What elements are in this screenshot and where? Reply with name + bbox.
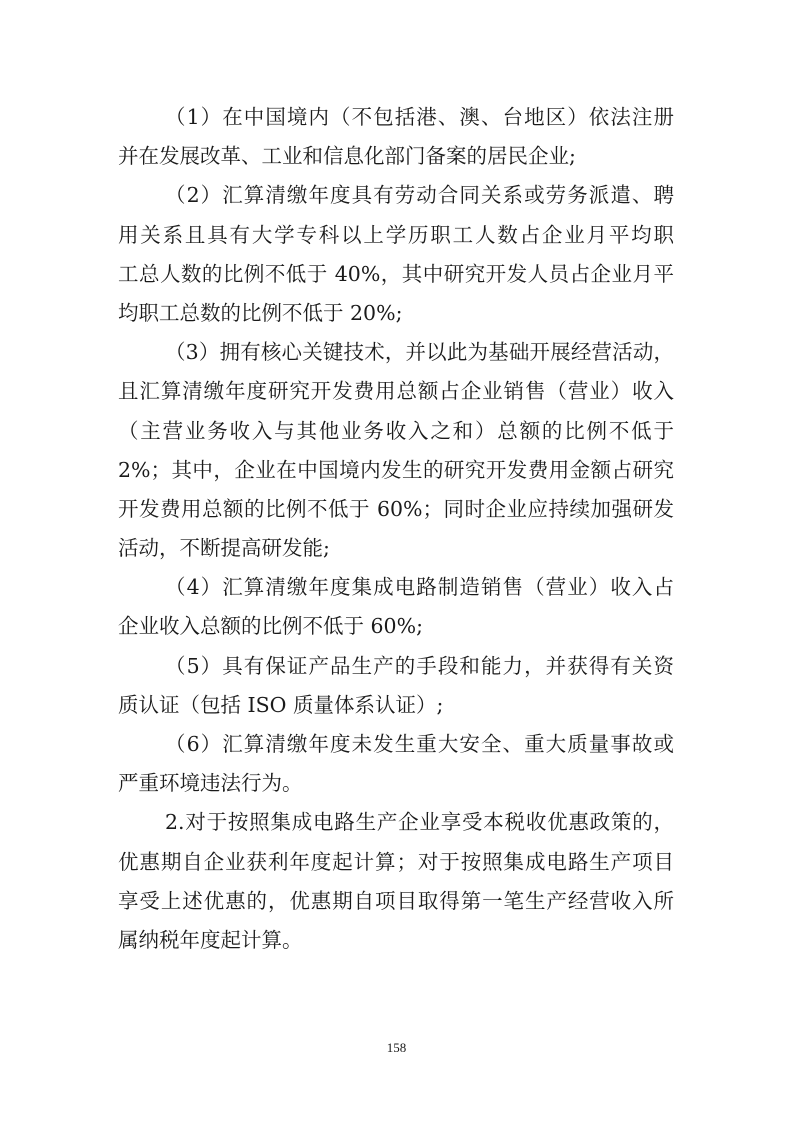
paragraph-item-6-line-2: 严重环境违法行为。 (118, 764, 674, 803)
document-body: （1）在中国境内（不包括港、澳、台地区）依法注册 并在发展改革、工业和信息化部门… (118, 98, 674, 960)
paragraph-section-2-line-1: 2.对于按照集成电路生产企业享受本税收优惠政策的， (118, 803, 674, 842)
paragraph-section-2-line-4: 属纳税年度起计算。 (118, 921, 674, 960)
paragraph-item-3-line-4: 2%；其中，企业在中国境内发生的研究开发费用金额占研究 (118, 451, 674, 490)
page-number: 158 (0, 1040, 793, 1056)
paragraph-item-1-line-2: 并在发展改革、工业和信息化部门备案的居民企业; (118, 137, 674, 176)
paragraph-section-2-line-3: 享受上述优惠的，优惠期自项目取得第一笔生产经营收入所 (118, 882, 674, 921)
paragraph-item-2-line-1: （2）汇算清缴年度具有劳动合同关系或劳务派遣、聘 (118, 176, 674, 215)
paragraph-item-1-line-1: （1）在中国境内（不包括港、澳、台地区）依法注册 (118, 98, 674, 137)
paragraph-item-2-line-2: 用关系且具有大学专科以上学历职工人数占企业月平均职 (118, 216, 674, 255)
paragraph-item-5-line-1: （5）具有保证产品生产的手段和能力，并获得有关资 (118, 647, 674, 686)
paragraph-item-3-line-1: （3）拥有核心关键技术，并以此为基础开展经营活动， (118, 333, 674, 372)
paragraph-section-2-line-2: 优惠期自企业获利年度起计算；对于按照集成电路生产项目 (118, 843, 674, 882)
paragraph-item-6-line-1: （6）汇算清缴年度未发生重大安全、重大质量事故或 (118, 725, 674, 764)
paragraph-item-3-line-6: 活动，不断提高研发能; (118, 529, 674, 568)
paragraph-item-2-line-4: 均职工总数的比例不低于 20%; (118, 294, 674, 333)
paragraph-item-3-line-2: 且汇算清缴年度研究开发费用总额占企业销售（营业）收入 (118, 372, 674, 411)
paragraph-item-4-line-2: 企业收入总额的比例不低于 60%; (118, 607, 674, 646)
paragraph-item-2-line-3: 工总人数的比例不低于 40%，其中研究开发人员占企业月平 (118, 255, 674, 294)
paragraph-item-4-line-1: （4）汇算清缴年度集成电路制造销售（营业）收入占 (118, 568, 674, 607)
paragraph-item-3-line-5: 开发费用总额的比例不低于 60%；同时企业应持续加强研发 (118, 490, 674, 529)
paragraph-item-3-line-3: （主营业务收入与其他业务收入之和）总额的比例不低于 (118, 412, 674, 451)
paragraph-item-5-line-2: 质认证（包括 ISO 质量体系认证）; (118, 686, 674, 725)
